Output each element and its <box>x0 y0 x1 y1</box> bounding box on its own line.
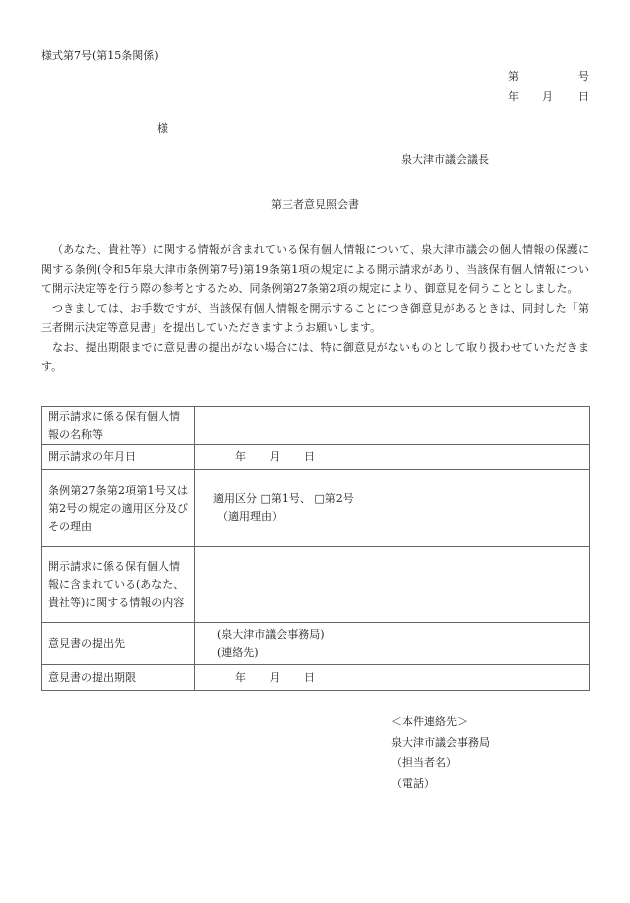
paragraph-request: （あなた、貴社等）に関する情報が含まれている保有個人情報について、泉大津市議会の… <box>41 240 589 299</box>
submit-office: (泉大津市議会事務局) <box>217 626 583 644</box>
row-label: 開示請求の年月日 <box>42 445 195 470</box>
day-field: 日 <box>304 669 315 687</box>
row-label: 条例第27条第2項第1号又は第2号の規定の適用区分及びその理由 <box>42 470 195 547</box>
paragraph-deadline: なお、提出期限までに意見書の提出がない場合には、特に御意見がないものとして取り扱… <box>41 338 589 377</box>
month-field: 月 <box>270 448 281 466</box>
doc-no-prefix: 第 <box>508 68 519 84</box>
contact-heading: ＜本件連絡先＞ <box>391 712 490 733</box>
table-row: 条例第27条第2項第1号又は第2号の規定の適用区分及びその理由 適用区分 □第1… <box>42 470 590 547</box>
contact-office: 泉大津市議会事務局 <box>391 733 490 754</box>
category-reason: （適用理由） <box>217 508 583 526</box>
month-field: 月 <box>270 669 281 687</box>
info-table: 開示請求に係る保有個人情報の名称等 開示請求の年月日 年 月 日 条例第27条第… <box>41 406 590 691</box>
category-options[interactable]: 適用区分 □第1号、 □第2号 <box>213 490 583 508</box>
year-field: 年 <box>235 448 246 466</box>
table-row: 開示請求に係る保有個人情報に含まれている(あなた、貴社等)に関する情報の内容 <box>42 547 590 623</box>
row-value-category[interactable]: 適用区分 □第1号、 □第2号 （適用理由） <box>195 470 590 547</box>
submit-contact: (連絡先) <box>217 644 583 662</box>
table-row: 開示請求の年月日 年 月 日 <box>42 445 590 470</box>
date-year: 年 <box>508 88 519 104</box>
body-text: （あなた、貴社等）に関する情報が含まれている保有個人情報について、泉大津市議会の… <box>41 240 589 377</box>
date-day: 日 <box>578 88 589 104</box>
date-month: 月 <box>542 88 553 104</box>
addressee: 様 <box>157 120 168 136</box>
contact-person: （担当者名） <box>391 753 490 774</box>
table-row: 意見書の提出先 (泉大津市議会事務局) (連絡先) <box>42 623 590 665</box>
row-value-request-date[interactable]: 年 月 日 <box>195 445 590 470</box>
table-row: 開示請求に係る保有個人情報の名称等 <box>42 407 590 445</box>
sender: 泉大津市議会議長 <box>401 151 489 167</box>
row-label: 意見書の提出先 <box>42 623 195 665</box>
year-field: 年 <box>235 669 246 687</box>
row-value-info-name[interactable] <box>195 407 590 445</box>
row-value-deadline[interactable]: 年 月 日 <box>195 665 590 691</box>
row-label: 開示請求に係る保有個人情報の名称等 <box>42 407 195 445</box>
doc-no-suffix: 号 <box>578 68 589 84</box>
row-label: 意見書の提出期限 <box>42 665 195 691</box>
contact-phone: （電話） <box>391 774 490 795</box>
row-label: 開示請求に係る保有個人情報に含まれている(あなた、貴社等)に関する情報の内容 <box>42 547 195 623</box>
paragraph-submit: つきましては、お手数ですが、当該保有個人情報を開示することにつき御意見があるとき… <box>41 299 589 338</box>
table-row: 意見書の提出期限 年 月 日 <box>42 665 590 691</box>
day-field: 日 <box>304 448 315 466</box>
row-value-submit-to: (泉大津市議会事務局) (連絡先) <box>195 623 590 665</box>
form-number: 様式第7号(第15条関係) <box>41 47 159 63</box>
row-value-info-content[interactable] <box>195 547 590 623</box>
document-title: 第三者意見照会書 <box>0 196 630 212</box>
contact-block: ＜本件連絡先＞ 泉大津市議会事務局 （担当者名） （電話） <box>391 712 490 794</box>
